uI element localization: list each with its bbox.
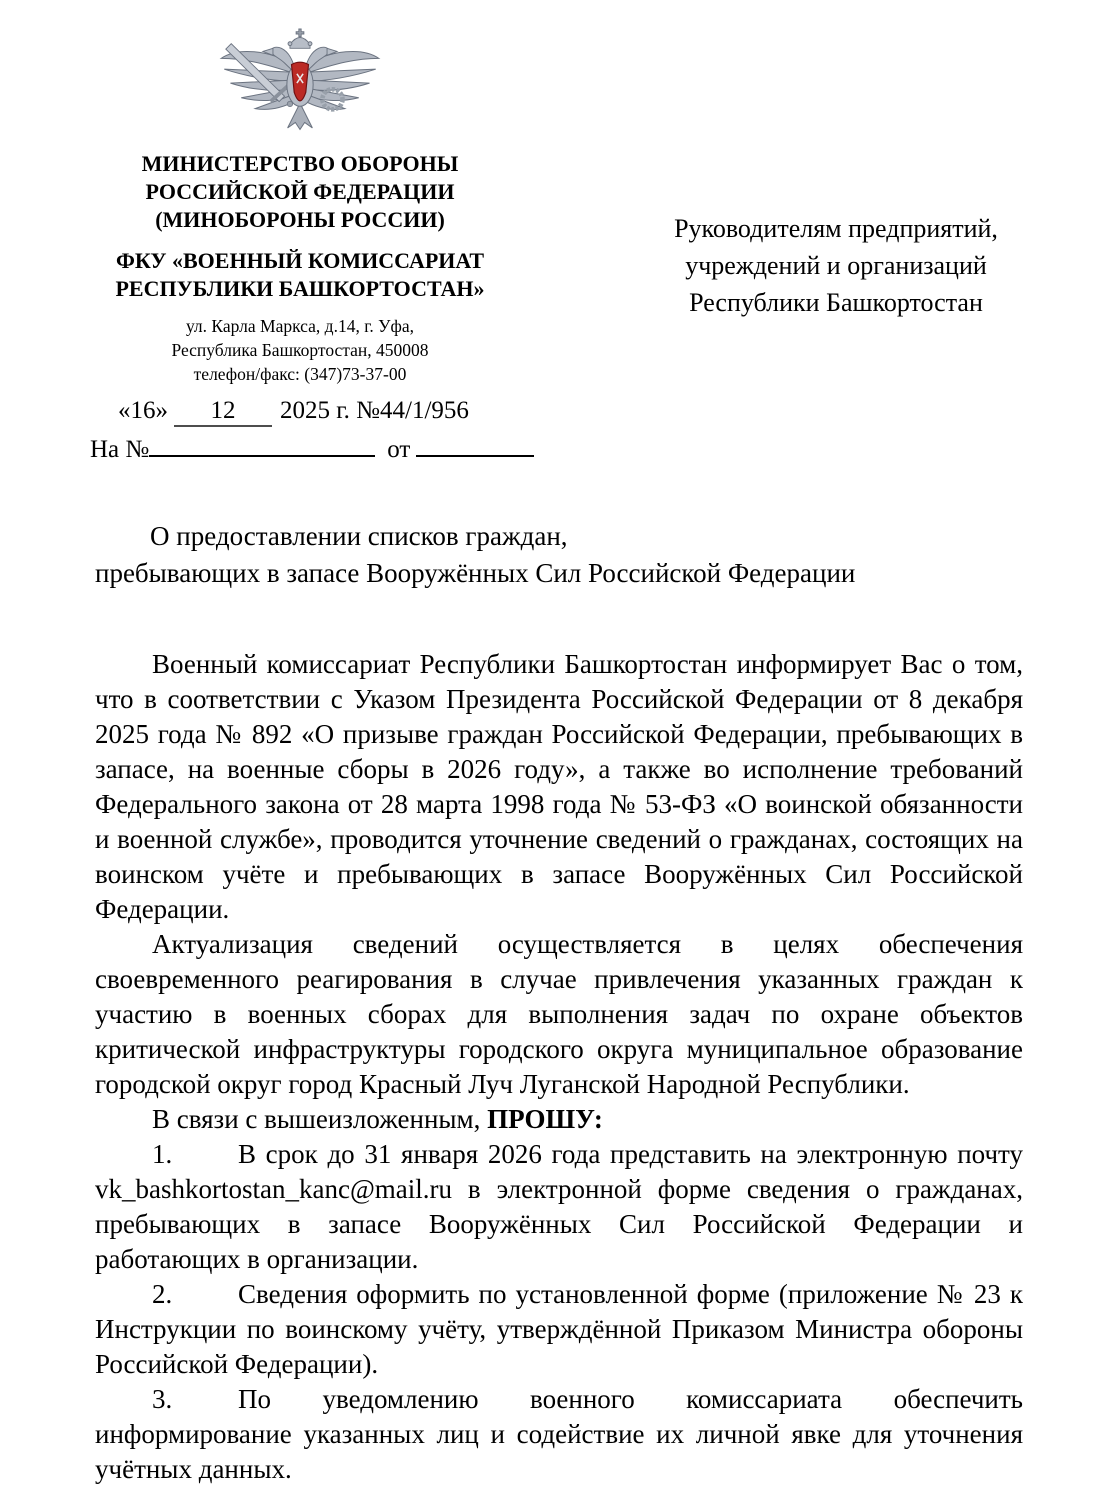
list-item-3-number: 3. — [152, 1382, 238, 1417]
recipient-block: Руководителям предприятий, учреждений и … — [628, 210, 1044, 321]
subject-line-1: О предоставлении списков граждан, — [95, 518, 941, 555]
recipient-line-3: Республики Башкортостан — [628, 284, 1044, 321]
address-region: Республика Башкортостан, 450008 — [88, 338, 512, 362]
list-item-2-number: 2. — [152, 1277, 238, 1312]
ministry-line-2: РОССИЙСКОЙ ФЕДЕРАЦИИ — [88, 178, 512, 206]
letter-body: Военный комиссариат Республики Башкортос… — [95, 647, 1023, 1487]
request-lead-text: В связи с вышеизложенным, — [152, 1104, 487, 1134]
ref-date-field — [416, 430, 534, 457]
list-item-1-number: 1. — [152, 1137, 238, 1172]
paragraph-intro: Военный комиссариат Республики Башкортос… — [95, 647, 1023, 927]
ministry-line-3: (МИНОБОРОНЫ РОССИИ) — [88, 206, 512, 234]
organization-line-2: РЕСПУБЛИКИ БАШКОРТОСТАН» — [88, 275, 512, 303]
request-keyword: ПРОШУ: — [487, 1104, 603, 1134]
organization-name: ФКУ «ВОЕННЫЙ КОМИССАРИАТ РЕСПУБЛИКИ БАШК… — [88, 247, 512, 303]
ministry-line-1: МИНИСТЕРСТВО ОБОРОНЫ — [88, 150, 512, 178]
subject-block: О предоставлении списков граждан, пребыв… — [95, 518, 941, 592]
date-rest: 2025 г. №44/1/956 — [280, 397, 469, 424]
ref-prefix: На № — [90, 436, 149, 463]
list-item-3: 3.По уведомлению военного комиссариата о… — [95, 1382, 1023, 1487]
ref-number-field — [149, 430, 375, 457]
reference-line: На №от — [88, 430, 512, 464]
address-street: ул. Карла Маркса, д.14, г. Уфа, — [88, 314, 512, 338]
ref-from-label: от — [387, 436, 410, 463]
address-block: ул. Карла Маркса, д.14, г. Уфа, Республи… — [88, 314, 512, 386]
mod-russia-eagle-emblem-icon — [88, 24, 512, 136]
subject-line-2: пребывающих в запасе Вооружённых Сил Рос… — [95, 555, 941, 592]
letterhead: МИНИСТЕРСТВО ОБОРОНЫ РОССИЙСКОЙ ФЕДЕРАЦИ… — [88, 24, 512, 464]
address-phone: телефон/факс: (347)73-37-00 — [88, 362, 512, 386]
paragraph-purpose: Актуализация сведений осуществляется в ц… — [95, 927, 1023, 1102]
date-month-field: 12 — [174, 397, 272, 427]
recipient-line-1: Руководителям предприятий, — [628, 210, 1044, 247]
paragraph-request: В связи с вышеизложенным, ПРОШУ: — [95, 1102, 1023, 1137]
date-day: «16» — [118, 397, 168, 424]
letter-page: МИНИСТЕРСТВО ОБОРОНЫ РОССИЙСКОЙ ФЕДЕРАЦИ… — [0, 0, 1108, 1502]
ministry-name: МИНИСТЕРСТВО ОБОРОНЫ РОССИЙСКОЙ ФЕДЕРАЦИ… — [88, 150, 512, 234]
list-item-2: 2.Сведения оформить по установленной фор… — [95, 1277, 1023, 1382]
list-item-1: 1.В срок до 31 января 2026 года представ… — [95, 1137, 1023, 1277]
recipient-line-2: учреждений и организаций — [628, 247, 1044, 284]
organization-line-1: ФКУ «ВОЕННЫЙ КОМИССАРИАТ — [88, 247, 512, 275]
date-line: «16»122025 г. №44/1/956 — [88, 397, 512, 427]
